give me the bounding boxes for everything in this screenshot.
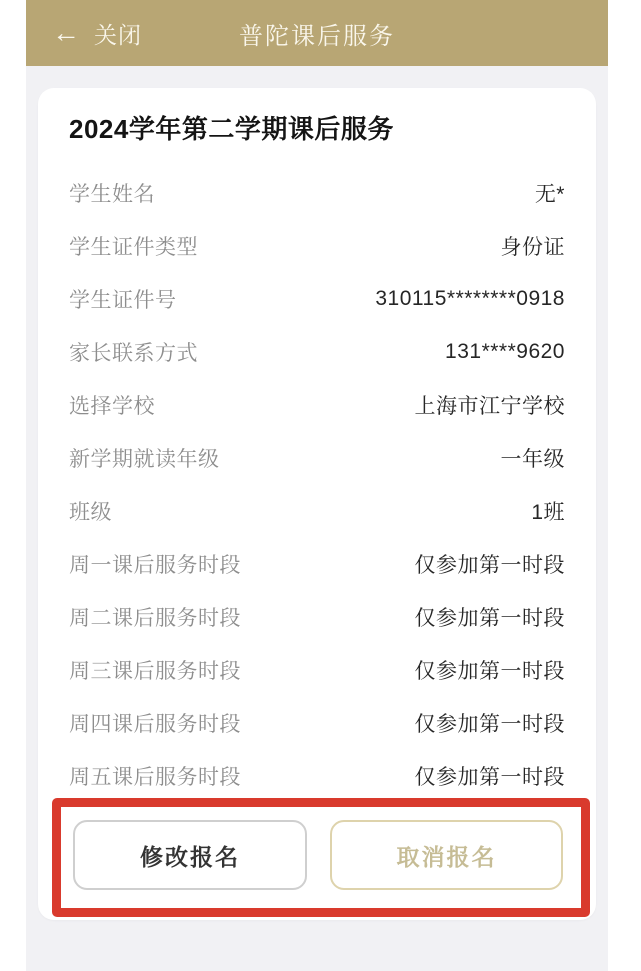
row-label: 新学期就读年级 [69,443,220,473]
row-value: 仅参加第一时段 [415,549,566,579]
row-value: 仅参加第一时段 [415,761,566,791]
page: ← 关闭 普陀课后服务 2024学年第二学期课后服务 学生姓名 无* 学生证件类… [0,0,641,971]
row-label: 学生姓名 [69,178,155,208]
row-thursday-period: 周四课后服务时段 仅参加第一时段 [69,696,565,749]
row-label: 学生证件类型 [69,231,198,261]
row-value: 仅参加第一时段 [415,655,566,685]
row-id-number: 学生证件号 310115********0918 [69,272,565,325]
row-label: 学生证件号 [69,284,177,314]
row-label: 家长联系方式 [69,337,198,367]
row-value: 仅参加第一时段 [415,602,566,632]
row-parent-contact: 家长联系方式 131****9620 [69,325,565,378]
row-value: 仅参加第一时段 [415,708,566,738]
row-value: 上海市江宁学校 [415,390,566,420]
close-button[interactable]: ← 关闭 [26,17,142,50]
action-buttons: 修改报名 取消报名 [73,820,563,890]
row-label: 选择学校 [69,390,155,420]
row-grade: 新学期就读年级 一年级 [69,431,565,484]
row-label: 周四课后服务时段 [69,708,241,738]
form-title: 2024学年第二学期课后服务 [69,110,565,154]
row-value: 1班 [531,496,565,526]
close-button-label: 关闭 [94,17,142,50]
row-wednesday-period: 周三课后服务时段 仅参加第一时段 [69,643,565,696]
row-friday-period: 周五课后服务时段 仅参加第一时段 [69,749,565,802]
cancel-registration-button[interactable]: 取消报名 [330,820,563,890]
row-value: 131****9620 [445,340,565,364]
row-monday-period: 周一课后服务时段 仅参加第一时段 [69,537,565,590]
row-student-name: 学生姓名 无* [69,166,565,219]
modify-registration-button[interactable]: 修改报名 [73,820,307,890]
row-value: 一年级 [501,443,566,473]
row-value: 无* [535,178,565,208]
row-class: 班级 1班 [69,484,565,537]
back-arrow-icon[interactable]: ← [52,19,80,47]
row-value: 身份证 [501,231,566,261]
row-label: 班级 [69,496,112,526]
row-label: 周五课后服务时段 [69,761,241,791]
registration-card: 2024学年第二学期课后服务 学生姓名 无* 学生证件类型 身份证 学生证件号 … [38,88,596,920]
row-label: 周二课后服务时段 [69,602,241,632]
row-label: 周三课后服务时段 [69,655,241,685]
row-school: 选择学校 上海市江宁学校 [69,378,565,431]
form-rows: 学生姓名 无* 学生证件类型 身份证 学生证件号 310115********0… [69,166,565,802]
row-tuesday-period: 周二课后服务时段 仅参加第一时段 [69,590,565,643]
row-label: 周一课后服务时段 [69,549,241,579]
row-value: 310115********0918 [375,287,565,311]
app-bar: ← 关闭 普陀课后服务 [26,0,608,66]
row-id-type: 学生证件类型 身份证 [69,219,565,272]
